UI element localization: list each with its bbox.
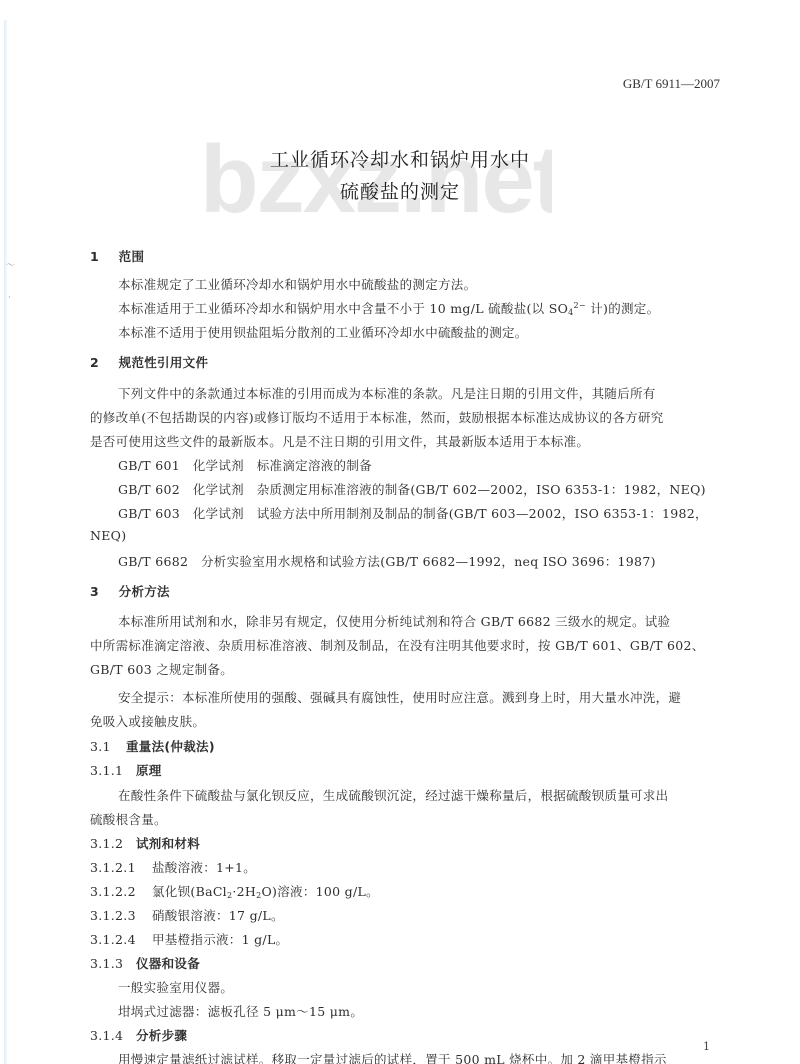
- reference-item: GB/T 601 化学试剂 标准滴定溶液的制备: [118, 456, 372, 474]
- margin-mark: ·: [8, 293, 11, 303]
- paragraph: 在酸性条件下硫酸盐与氯化钡反应，生成硫酸钡沉淀，经过滤干燥称量后，根据硫酸钡质量…: [118, 786, 668, 804]
- paragraph: 中所需标准滴定溶液、杂质用标准溶液、制剂及制品，在没有注明其他要求时，按 GB/…: [90, 636, 705, 654]
- subsection-heading-3-1-1: 3.1.1原理: [90, 761, 162, 779]
- document-title-line2: 硫酸盐的测定: [0, 177, 800, 204]
- page-number: 1: [703, 1040, 710, 1053]
- standard-code: GB/T 6911—2007: [623, 76, 720, 92]
- subsection-heading-3-1: 3.1重量法(仲裁法): [90, 737, 215, 755]
- reagent-item: 3.1.2.4甲基橙指示液：1 g/L。: [90, 930, 288, 948]
- paragraph: 本标准规定了工业循环冷却水和锅炉用水中硫酸盐的测定方法。: [118, 275, 476, 293]
- section-heading-3: 3 分析方法: [90, 582, 170, 600]
- reference-item: NEQ): [90, 528, 126, 543]
- subsection-heading-3-1-4: 3.1.4分析步骤: [90, 1026, 187, 1044]
- document-page: 〜 · GB/T 6911—2007 bzxz.net 工业循环冷却水和锅炉用水…: [0, 0, 800, 1064]
- paragraph: 一般实验室用仪器。: [118, 978, 233, 996]
- paragraph: GB/T 603 之规定制备。: [90, 660, 233, 678]
- reagent-item: 3.1.2.3硝酸银溶液：17 g/L。: [90, 906, 284, 924]
- subsection-heading-3-1-2: 3.1.2试剂和材料: [90, 834, 200, 852]
- section-heading-1: 1 范围: [90, 247, 144, 265]
- paragraph: 的修改单(不包括勘误的内容)或修订版均不适用于本标准，然而，鼓励根据本标准达成协…: [90, 408, 664, 426]
- paragraph: 本标准所用试剂和水，除非另有规定，仅使用分析纯试剂和符合 GB/T 6682 三…: [118, 612, 670, 630]
- paragraph: 用慢速定量滤纸过滤试样。移取一定量过滤后的试样，置于 500 mL 烧杯中。加 …: [118, 1050, 667, 1064]
- margin-mark: 〜: [6, 258, 15, 271]
- safety-notice: 免吸入或接触皮肤。: [90, 712, 205, 730]
- section-heading-2: 2 规范性引用文件: [90, 353, 208, 371]
- reference-item: GB/T 6682 分析实验室用水规格和试验方法(GB/T 6682—1992，…: [118, 552, 656, 570]
- safety-notice: 安全提示：本标准所使用的强酸、强碱具有腐蚀性，使用时应注意。溅到身上时，用大量水…: [118, 688, 681, 706]
- paragraph: 硫酸根含量。: [90, 810, 167, 828]
- subsection-heading-3-1-3: 3.1.3仪器和设备: [90, 954, 200, 972]
- reagent-item: 3.1.2.1盐酸溶液：1+1。: [90, 858, 256, 876]
- reagent-item: 3.1.2.2氯化钡(BaCl2·2H2O)溶液：100 g/L。: [90, 882, 379, 900]
- reference-item: GB/T 603 化学试剂 试验方法中所用制剂及制品的制备(GB/T 603—2…: [118, 504, 708, 522]
- paragraph: 本标准不适用于使用钡盐阻垢分散剂的工业循环冷却水中硫酸盐的测定。: [118, 323, 528, 341]
- reference-item: GB/T 602 化学试剂 杂质测定用标准溶液的制备(GB/T 602—2002…: [118, 480, 706, 498]
- paragraph: 是否可使用这些文件的最新版本。凡是不注日期的引用文件，其最新版本适用于本标准。: [90, 432, 589, 450]
- paragraph: 坩埚式过滤器：滤板孔径 5 μm～15 μm。: [118, 1002, 363, 1020]
- paragraph: 本标准适用于工业循环冷却水和锅炉用水中含量不小于 10 mg/L 硫酸盐(以 S…: [118, 299, 659, 317]
- paragraph: 下列文件中的条款通过本标准的引用而成为本标准的条款。凡是注日期的引用文件，其随后…: [118, 384, 656, 402]
- document-title-line1: 工业循环冷却水和锅炉用水中: [0, 145, 800, 172]
